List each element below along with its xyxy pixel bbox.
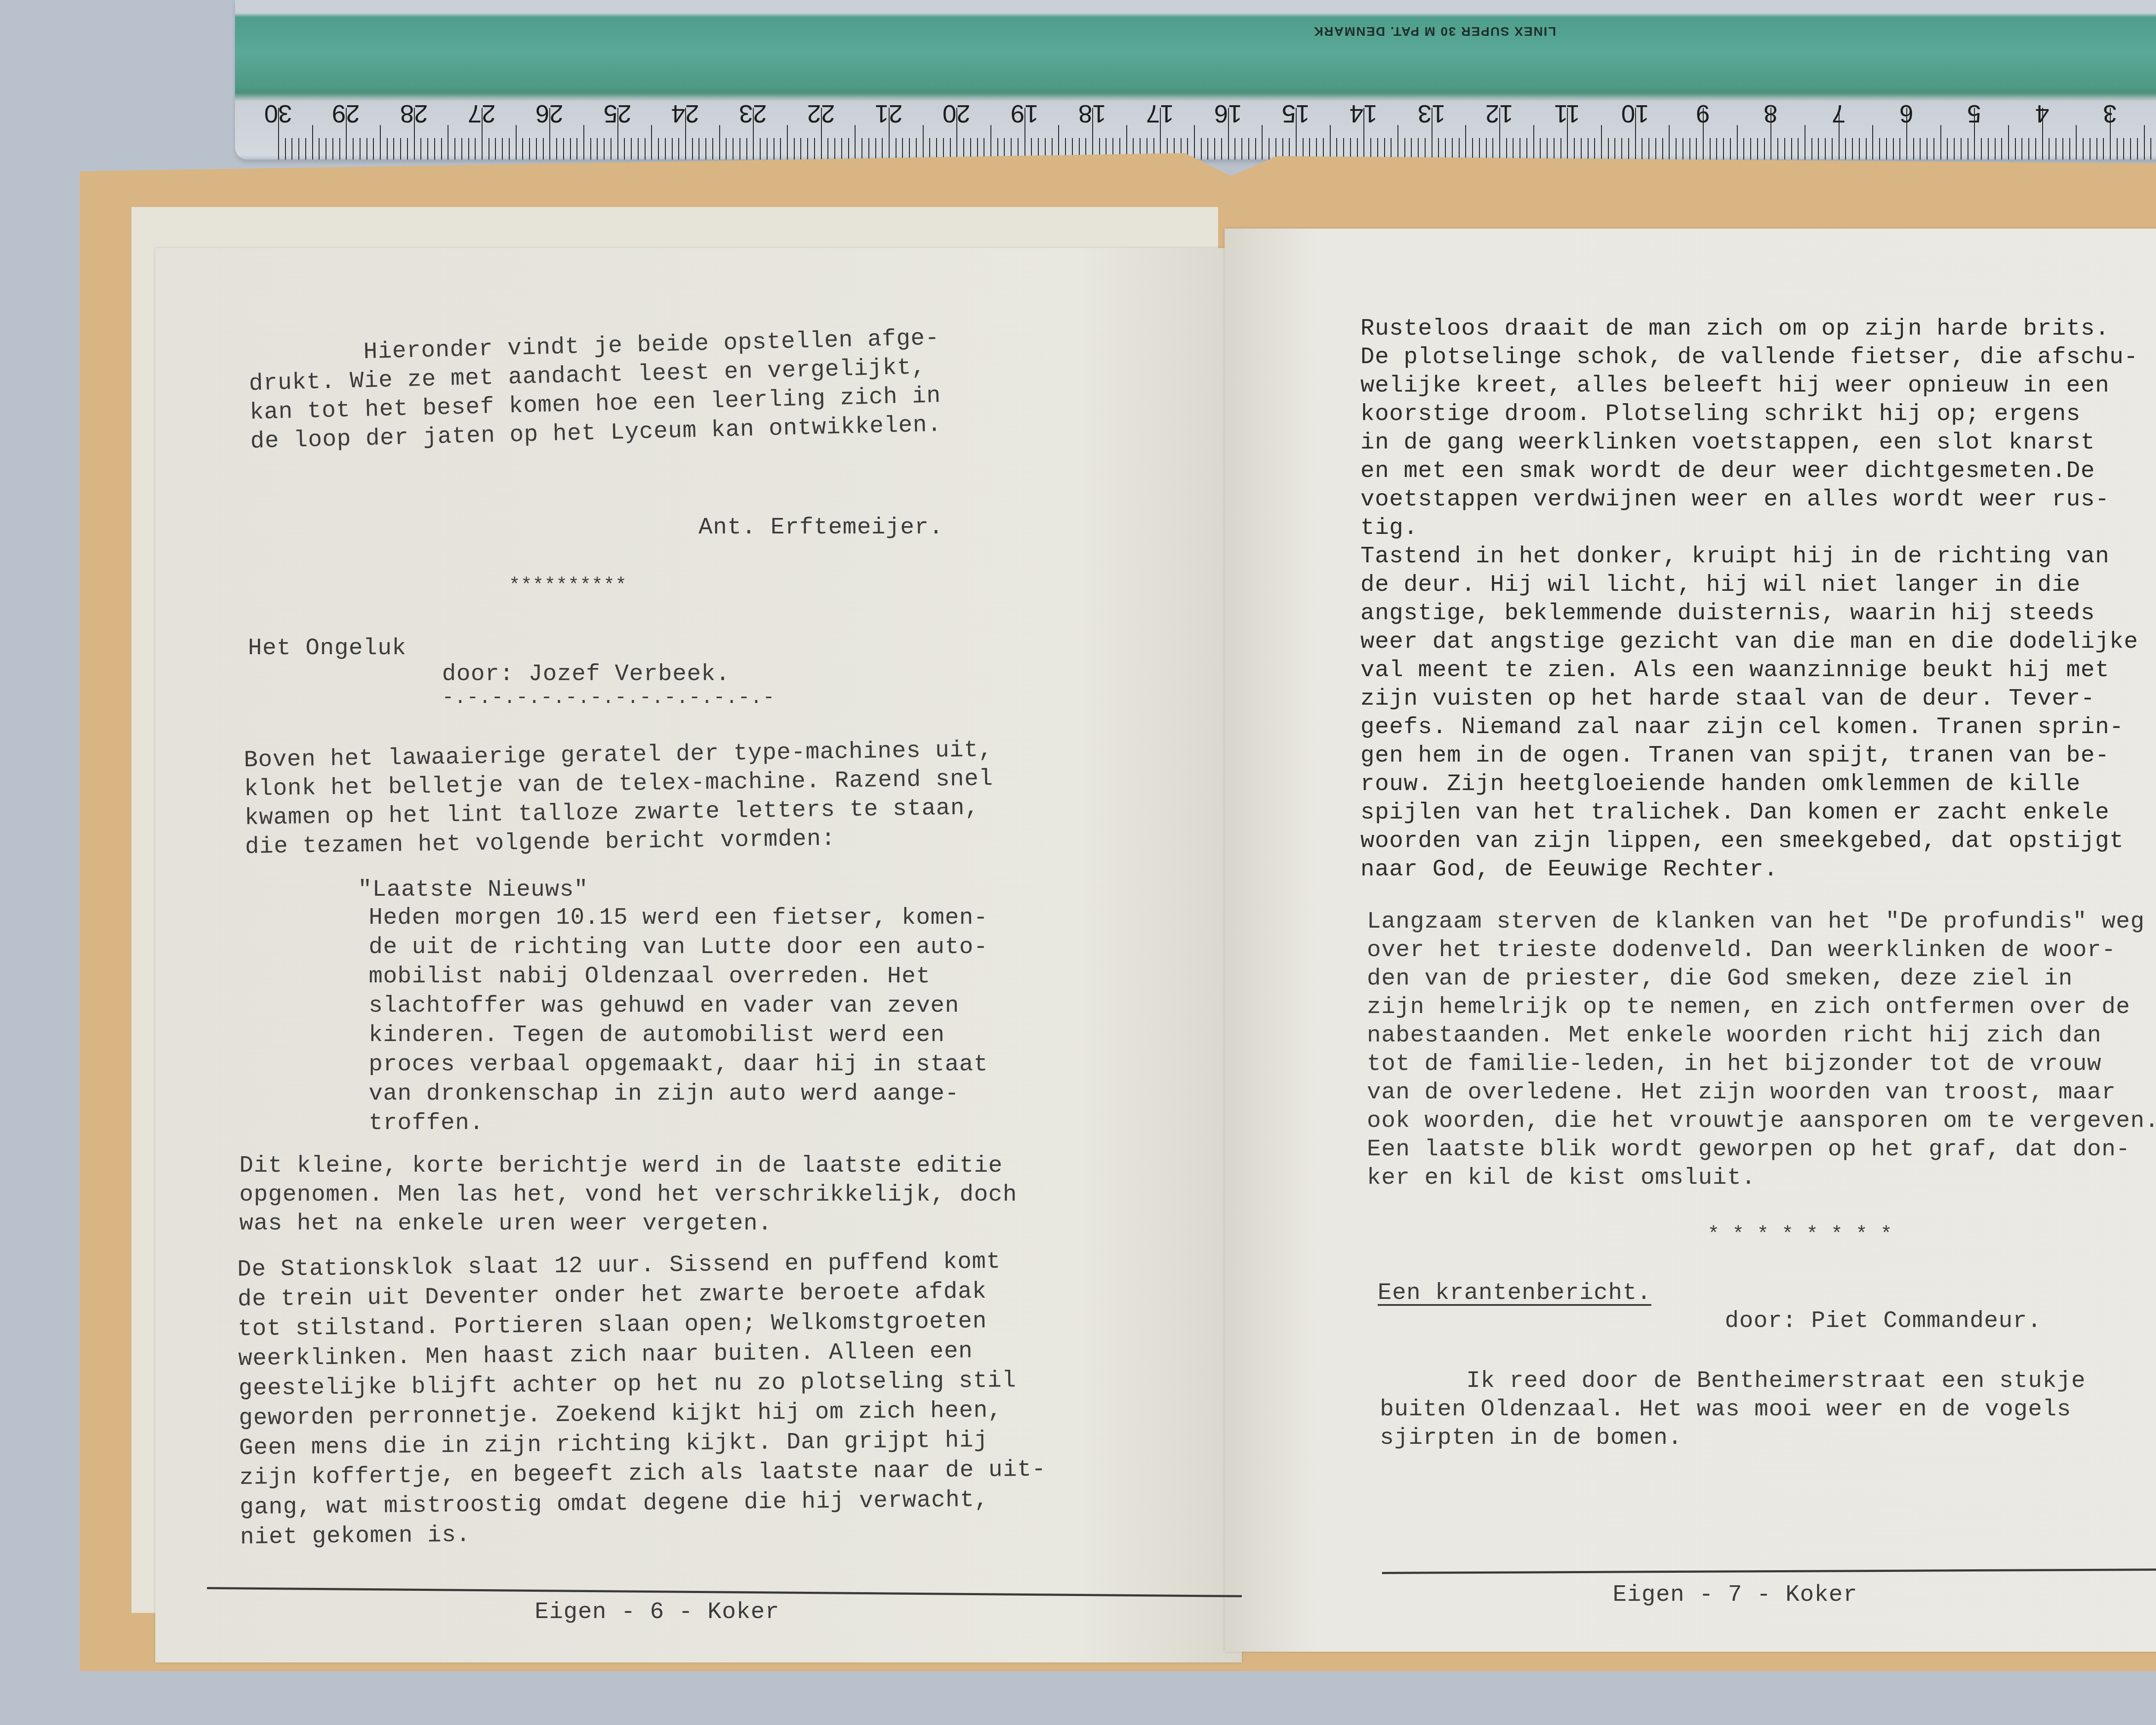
ruler-tick: [963, 138, 964, 160]
text-line: nabestaanden. Met enkele woorden richt h…: [1367, 1022, 2156, 1050]
ruler-tick: [1899, 138, 1900, 160]
ruler-tick: [692, 138, 693, 160]
ruler-tick: [1750, 138, 1751, 160]
ruler-tick: [746, 138, 747, 160]
paragraph-news: Ik reed door de Bentheimerstraat een stu…: [1380, 1367, 2086, 1452]
ruler-tick: [590, 138, 591, 160]
ruler-tick: [1554, 138, 1554, 160]
ruler-tick: [733, 138, 733, 160]
ruler-tick: [827, 138, 828, 160]
text-line: welijke kreet, alles beleeft hij weer op…: [1360, 372, 2138, 400]
ruler-tick: [1248, 138, 1249, 160]
ruler-tick: [1384, 138, 1385, 160]
text-line: de deur. Hij wil licht, hij wil niet lan…: [1360, 571, 2138, 599]
ruler-number: 8: [1753, 99, 1788, 128]
ruler-tick: [1866, 138, 1867, 160]
ruler-number: 28: [397, 99, 431, 128]
ruler-tick: [509, 138, 510, 160]
ruler-tick: [631, 138, 632, 160]
ruler-tick: [475, 138, 476, 160]
text-line: Heden morgen 10.15 werd een fietser, kom…: [369, 903, 988, 933]
ruler-tick: [407, 138, 408, 160]
ruler-tick: [2123, 138, 2124, 160]
ruler-tick: [2083, 138, 2084, 160]
ruler-tick: [1818, 138, 1819, 160]
text-line: van de overledene. Het zijn woorden van …: [1367, 1079, 2156, 1107]
ruler-tick: [1872, 125, 1873, 160]
ruler-tick: [970, 138, 971, 160]
text-line: Dit kleine, korte berichtje werd in de l…: [239, 1151, 1017, 1180]
ruler-tick: [672, 138, 673, 160]
ruler-tick: [1757, 138, 1758, 160]
ruler-tick: [1418, 138, 1419, 160]
ruler-tick: [1241, 138, 1242, 160]
ruler-tick: [1893, 138, 1894, 160]
ruler-tick: [1377, 138, 1378, 160]
ruler-tick: [868, 138, 869, 160]
ruler-tick: [441, 138, 442, 160]
separator-stars: * * * * * * * *: [1708, 1220, 1893, 1249]
text-line: weer dat angstige gezicht van die man en…: [1360, 628, 2138, 656]
ruler-tick: [1940, 125, 1941, 160]
text-line: Tastend in het donker, kruipt hij in de …: [1360, 543, 2138, 571]
ruler-tick: [1316, 138, 1317, 160]
ruler-tick: [1058, 125, 1059, 160]
ruler-tick: [1350, 138, 1351, 160]
text-line: val meent te zien. Als een waanzinnige b…: [1360, 656, 2138, 685]
ruler-tick: [448, 125, 448, 160]
text-line: spijlen van het tralichek. Dan komen er …: [1360, 799, 2138, 827]
ruler-number: 9: [1686, 99, 1720, 128]
ruler-tick: [312, 125, 313, 160]
text-line: gen hem in de ogen. Tranen van spijt, tr…: [1360, 742, 2138, 770]
text-line: Een laatste blik wordt geworpen op het g…: [1367, 1135, 2156, 1164]
ruler-number: 17: [1143, 99, 1177, 128]
ruler-number: 22: [804, 99, 838, 128]
ruler-tick: [1513, 138, 1514, 160]
ruler-tick: [740, 138, 740, 160]
ruler-tick: [1336, 138, 1337, 160]
ruler-tick: [916, 138, 917, 160]
ruler-tick: [1608, 138, 1609, 160]
text-line: in de gang weerklinken voetstappen, een …: [1360, 429, 2138, 457]
ruler-tick: [2130, 138, 2131, 160]
dash-divider: -.-.-.-.-.-.-.-.-.-.-.-.-.-: [442, 684, 775, 712]
ruler-tick: [1832, 138, 1833, 160]
ruler-tick: [719, 125, 720, 160]
ruler-tick: [291, 138, 292, 160]
ruler-tick: [556, 138, 557, 160]
ruler-tick: [705, 138, 706, 160]
ruler-tick: [2103, 138, 2104, 160]
text-line: voetstappen verdwijnen weer en alles wor…: [1360, 486, 2138, 514]
ruler-tick: [1669, 125, 1670, 160]
ruler-tick: [923, 125, 924, 160]
story-title: Een krantenbericht.: [1378, 1279, 1651, 1308]
ruler-tick: [1805, 125, 1805, 160]
ruler-tick: [1798, 138, 1799, 160]
ruler-tick: [570, 138, 571, 160]
ruler-tick: [1492, 138, 1493, 160]
ruler-tick: [1696, 138, 1697, 160]
ruler-tick: [800, 138, 801, 160]
text-line: en met een smak wordt de deur weer dicht…: [1360, 457, 2138, 486]
ruler-tick: [1404, 138, 1405, 160]
ruler-tick: [1886, 138, 1887, 160]
ruler-number: 10: [1618, 99, 1652, 128]
ruler-tick: [1309, 138, 1310, 160]
ruler-tick: [319, 138, 320, 160]
ruler-tick: [1343, 138, 1344, 160]
ruler-tick: [1574, 138, 1575, 160]
ruler-tick: [2028, 138, 2029, 160]
ruler-tick: [1255, 138, 1256, 160]
ruler-tick: [1506, 138, 1507, 160]
ruler-tick: [1486, 138, 1487, 160]
intro-paragraph: Hieronder vindt je beide opstellen afge-…: [248, 324, 942, 456]
ruler-tick: [862, 138, 862, 160]
ruler-tick: [367, 138, 367, 160]
ruler-tick: [1262, 125, 1263, 160]
ruler-tick: [2008, 125, 2009, 160]
ruler-tick: [1194, 125, 1195, 160]
ruler-tick: [1764, 138, 1765, 160]
paragraph-station: De Stationsklok slaat 12 uur. Sissend en…: [237, 1246, 1047, 1552]
ruler-tick: [1445, 138, 1446, 160]
ruler-tick: [1235, 138, 1235, 160]
ruler-tick: [1533, 125, 1534, 160]
paragraph-edition: Dit kleine, korte berichtje werd in de l…: [239, 1151, 1017, 1238]
ruler-tick: [1655, 138, 1656, 160]
ruler-tick: [563, 138, 564, 160]
ruler-tick: [2049, 138, 2049, 160]
ruler-number: 23: [736, 99, 770, 128]
ruler-tick: [1968, 138, 1968, 160]
ruler-tick: [1961, 138, 1962, 160]
ruler-tick: [909, 138, 910, 160]
ruler-tick: [489, 138, 489, 160]
ruler-tick: [454, 138, 455, 160]
text-line: ook woorden, die het vrouwtje aansporen …: [1367, 1107, 2156, 1135]
ruler-tick: [1730, 138, 1731, 160]
text-line: van dronkenschap in zijn auto werd aange…: [369, 1079, 988, 1109]
text-line: sjirpten in de bomen.: [1380, 1424, 2086, 1452]
ruler-tick: [1954, 138, 1955, 160]
ruler-tick: [1391, 138, 1391, 160]
text-line: zijn hemelrijk op te nemen, en zich ontf…: [1367, 993, 2156, 1022]
ruler-tick: [624, 138, 625, 160]
ruler-tick: [1710, 138, 1711, 160]
ruler-tick: [2035, 138, 2036, 160]
ruler-tick: [1811, 138, 1812, 160]
text-line: Langzaam sterven de klanken van het "De …: [1367, 908, 2156, 936]
ruler-tick: [1934, 138, 1934, 160]
ruler-tick: [834, 138, 835, 160]
ruler-tick: [1275, 138, 1276, 160]
ruler-tick: [495, 138, 496, 160]
ruler-tick: [1859, 138, 1860, 160]
ruler-tick: [373, 138, 374, 160]
ruler-tick: [1716, 138, 1717, 160]
intro-signature: Ant. Erftemeijer.: [699, 513, 943, 542]
ruler-number: 5: [1957, 99, 1991, 128]
ruler-number: 16: [1211, 99, 1245, 128]
ruler-tick: [1547, 138, 1548, 160]
ruler-number: 30: [261, 99, 295, 128]
ruler-tick: [875, 138, 876, 160]
ruler-tick: [1784, 138, 1785, 160]
ruler-number: 21: [871, 99, 906, 128]
ruler-brand-label: LINEX SUPER 30 M PAT. DENMARK: [1313, 24, 1556, 38]
ruler-tick: [434, 138, 435, 160]
ruler-number: 19: [1007, 99, 1042, 128]
ruler-number: 3: [2093, 99, 2127, 128]
ruler-tick: [651, 125, 652, 160]
ruler-tick: [1588, 138, 1589, 160]
ruler-tick: [1995, 138, 1996, 160]
ruler-tick: [597, 138, 598, 160]
ruler-tick: [943, 138, 944, 160]
ruler-tick: [1303, 138, 1304, 160]
ruler-tick: [1689, 138, 1690, 160]
ruler-tick: [332, 138, 333, 160]
ruler-tick: [774, 138, 774, 160]
ruler-number: 20: [939, 99, 974, 128]
ruler-number: 26: [532, 99, 567, 128]
ruler-tick: [1614, 138, 1615, 160]
ruler-tick: [1520, 138, 1520, 160]
story-author: door: Piet Commandeur.: [1725, 1307, 2042, 1336]
ruler-number: 6: [1889, 99, 1924, 128]
text-line: de uit de richting van Lutte door een au…: [369, 933, 988, 962]
ruler-number: 14: [1346, 99, 1381, 128]
text-line: proces verbaal opgemaakt, daar hij in st…: [369, 1050, 988, 1079]
ruler-tick: [1269, 138, 1269, 160]
ruler-tick: [2069, 138, 2070, 160]
ruler-tick: [1459, 138, 1460, 160]
ruler-tick: [787, 125, 788, 160]
ruler-tick: [896, 138, 896, 160]
ruler-tick: [1913, 138, 1914, 160]
ruler-tick: [468, 138, 469, 160]
text-line: koorstige droom. Plotseling schrikt hij …: [1360, 400, 2138, 429]
ruler-tick: [699, 138, 699, 160]
ruler-tick: [1845, 138, 1846, 160]
text-line: angstige, beklemmende duisternis, waarin…: [1360, 599, 2138, 628]
quote-heading: "Laatste Nieuws": [358, 875, 588, 904]
ruler-tick: [990, 125, 991, 160]
ruler-tick: [929, 138, 930, 160]
ruler-number: 25: [600, 99, 635, 128]
text-line: opgenomen. Men las het, vond het verschr…: [239, 1180, 1017, 1209]
ruler-tick: [1723, 138, 1724, 160]
ruler-tick: [902, 138, 903, 160]
ruler-tick: [1648, 138, 1649, 160]
ruler-tick: [1357, 138, 1358, 160]
ruler-tick: [1330, 125, 1331, 160]
text-line: tot de familie-leden, in het bijzonder t…: [1367, 1050, 2156, 1079]
ruler-tick: [1683, 138, 1683, 160]
news-quote: Heden morgen 10.15 werd een fietser, kom…: [369, 903, 988, 1138]
ruler-tick: [1594, 138, 1595, 160]
ruler-tick: [1628, 138, 1629, 160]
ruler-tick: [678, 138, 679, 160]
ruler-tick: [2117, 138, 2118, 160]
text-line: buiten Oldenzaal. Het was mooi weer en d…: [1380, 1396, 2086, 1424]
ruler-tick: [1920, 138, 1921, 160]
ruler-tick: [1411, 138, 1412, 160]
ruler-tick: [814, 138, 815, 160]
ruler-tick: [645, 138, 646, 160]
ruler-tick: [427, 138, 428, 160]
text-line: geefs. Niemand zal naar zijn cel komen. …: [1360, 713, 2138, 742]
ruler-tick: [1737, 125, 1738, 160]
ruler-tick: [2096, 138, 2097, 160]
ruler-tick: [1465, 125, 1466, 160]
ruler-tick: [2021, 138, 2022, 160]
text-line: slachtoffer was gehuwd en vader van zeve…: [369, 991, 988, 1021]
ruler-tick: [2137, 138, 2138, 160]
ruler-tick: [1581, 138, 1582, 160]
ruler-tick: [583, 125, 584, 160]
ruler-tick: [1642, 138, 1642, 160]
ruler-tick: [577, 138, 577, 160]
ruler-tick: [1621, 138, 1622, 160]
ruler-tick: [2090, 138, 2090, 160]
ruler-tick: [848, 138, 849, 160]
ruler-tick: [2076, 125, 2077, 160]
ruler-tick: [1662, 138, 1663, 160]
ruler-tick: [1791, 138, 1792, 160]
ruler-number: 12: [1482, 99, 1517, 128]
ruler-tick: [2150, 138, 2151, 160]
ruler-tick: [1561, 138, 1561, 160]
text-line: was het na enkele uren weer vergeten.: [239, 1209, 1017, 1238]
ruler-tick: [1601, 125, 1602, 160]
ruler-tick: [1981, 138, 1982, 160]
ruler-number: 27: [464, 99, 499, 128]
ruler-tick: [658, 138, 659, 160]
ruler-tick: [1526, 138, 1527, 160]
paragraph-telex: Boven het lawaaierige geratel der type-m…: [244, 736, 994, 862]
text-line: woorden van zijn lippen, een smeekgebed,…: [1360, 827, 2138, 856]
page-footer: Eigen - 7 - Koker: [1613, 1581, 1858, 1609]
ruler-tick: [1777, 138, 1778, 160]
ruler-tick: [522, 138, 523, 160]
ruler-tick: [285, 138, 286, 160]
text-line: kinderen. Tegen de automobilist werd een: [369, 1021, 988, 1050]
text-line: rouw. Zijn heetgloeiende handen omklemme…: [1360, 770, 2138, 799]
ruler-tick: [855, 125, 856, 160]
ruler-tick: [516, 125, 517, 160]
ruler-tick: [1879, 138, 1880, 160]
ruler-tick: [1398, 125, 1398, 160]
ruler-tick: [543, 138, 544, 160]
ruler-tick: [2001, 138, 2002, 160]
ruler-tick: [1425, 138, 1426, 160]
ruler-tick: [882, 138, 883, 160]
ruler-tick: [1540, 138, 1541, 160]
ruler-tick: [339, 138, 340, 160]
ruler-number: 18: [1075, 99, 1109, 128]
ruler-number: 13: [1414, 99, 1449, 128]
ruler-tick: [712, 138, 713, 160]
text-line: mobilist nabij Oldenzaal overreden. Het: [369, 962, 988, 991]
ruler-tick: [665, 138, 666, 160]
ruler-tick: [1479, 138, 1480, 160]
ruler-tick: [2015, 138, 2016, 160]
page-footer: Eigen - 6 - Koker: [535, 1598, 780, 1627]
text-line: Rusteloos draait de man zich om op zijn …: [1360, 315, 2138, 343]
text-line: naar God, de Eeuwige Rechter.: [1360, 856, 2138, 884]
ruler-tick: [380, 125, 381, 160]
ruler-tick: [977, 138, 978, 160]
ruler-tick: [298, 138, 299, 160]
ruler-number: 15: [1279, 99, 1313, 128]
paragraph-funeral: Langzaam sterven de klanken van het "De …: [1367, 908, 2156, 1192]
ruler-tick: [1452, 138, 1453, 160]
ruler-tick: [936, 138, 937, 160]
ruler-tick: [807, 138, 808, 160]
ruler-tick: [1927, 138, 1927, 160]
text-line: Ik reed door de Bentheimerstraat een stu…: [1380, 1367, 2086, 1396]
ruler-tick: [2144, 125, 2145, 160]
ruler-tick: [2056, 138, 2056, 160]
ruler-number: 29: [329, 99, 363, 128]
ruler-number: 4: [2025, 99, 2059, 128]
text-line: tig.: [1360, 514, 2138, 543]
ruler-tick: [950, 138, 951, 160]
ruler-tick: [1323, 138, 1324, 160]
ruler-tick: [420, 138, 421, 160]
text-line: den van de priester, die God smeken, dez…: [1367, 965, 2156, 993]
ruler-tick: [326, 138, 326, 160]
ruler-tick: [400, 138, 401, 160]
ruler-tick: [1825, 138, 1826, 160]
ruler-tick: [529, 138, 530, 160]
ruler-tick: [536, 138, 537, 160]
ruler-tick: [1201, 138, 1202, 160]
separator-stars: **********: [509, 571, 627, 600]
ruler-tick: [387, 138, 388, 160]
ruler-tick: [393, 138, 394, 160]
text-line: ker en kil de kist omsluit.: [1367, 1164, 2156, 1192]
ruler-number: 24: [668, 99, 702, 128]
ruler-number: 11: [1550, 99, 1584, 128]
ruler-tick: [353, 138, 354, 160]
ruler-tick: [360, 138, 360, 160]
text-line: troffen.: [369, 1109, 988, 1138]
text-line: over het trieste dodenveld. Dan weerklin…: [1367, 936, 2156, 965]
ruler-tick: [604, 138, 605, 160]
ruler: LINEX SUPER 30 M PAT. DENMARK 0123456789…: [235, 0, 2156, 160]
ruler-tick: [1438, 138, 1439, 160]
ruler-tick: [1207, 138, 1208, 160]
paragraph-prison: Rusteloos draait de man zich om op zijn …: [1360, 315, 2138, 884]
ruler-tick: [1370, 138, 1371, 160]
ruler-tick: [1214, 138, 1215, 160]
ruler-tick: [1947, 138, 1948, 160]
ruler-tick: [780, 138, 781, 160]
ruler-tick: [794, 138, 795, 160]
ruler-tick: [638, 138, 639, 160]
ruler-tick: [984, 138, 984, 160]
ruler-number: 7: [1821, 99, 1856, 128]
ruler-tick: [1852, 138, 1853, 160]
ruler-tick: [1988, 138, 1989, 160]
ruler-tick: [1676, 138, 1677, 160]
ruler-tick: [461, 138, 462, 160]
